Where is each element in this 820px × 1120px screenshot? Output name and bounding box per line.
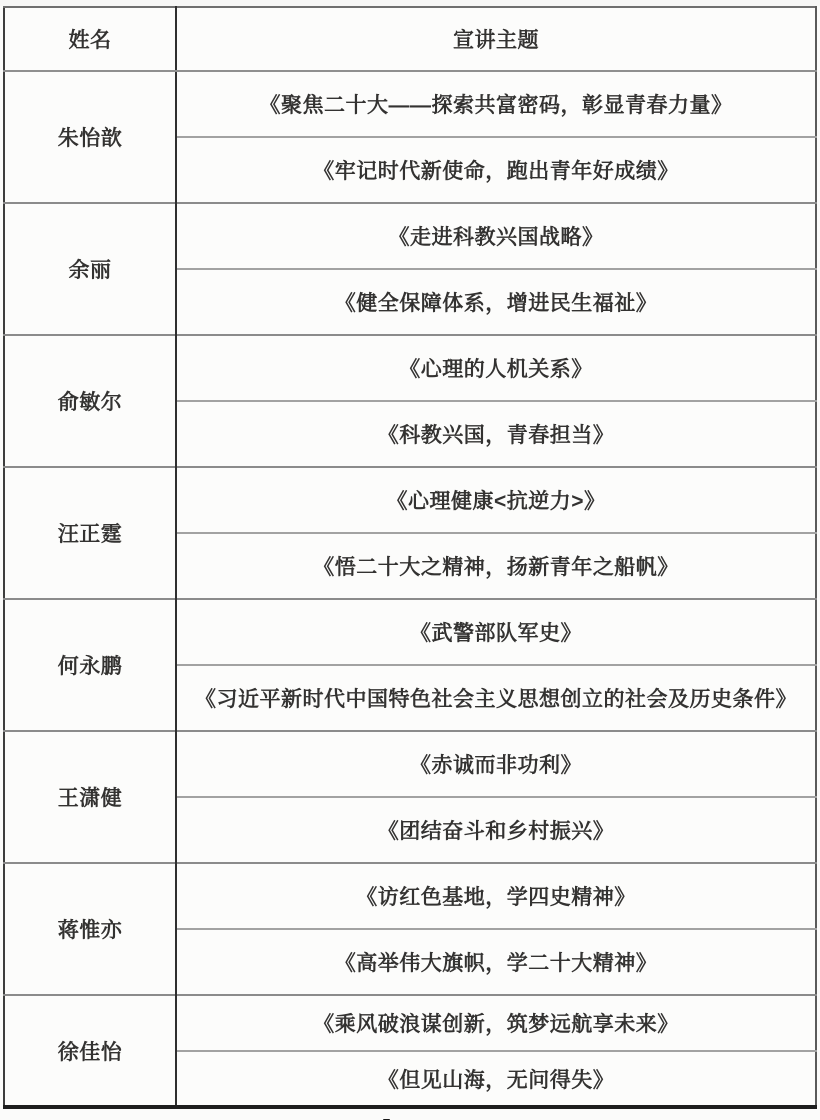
name-column-header: 姓名 <box>4 7 176 71</box>
topic-cell: 《心理健康<抗逆力>》 <box>176 467 816 533</box>
topic-column-header: 宣讲主题 <box>176 7 816 71</box>
topic-cell: 《访红色基地，学四史精神》 <box>176 863 816 929</box>
topic-cell: 《牢记时代新使命，跑出青年好成绩》 <box>176 137 816 203</box>
topic-cell: 《聚焦二十大——探索共富密码，彰显青春力量》 <box>176 71 816 137</box>
topic-cell: 《赤诚而非功利》 <box>176 731 816 797</box>
presenter-name-cell: 王潇健 <box>4 731 176 863</box>
table-row: 朱怡歆《聚焦二十大——探索共富密码，彰显青春力量》 <box>4 71 816 137</box>
topic-cell: 《习近平新时代中国特色社会主义思想创立的社会及历史条件》 <box>176 665 816 731</box>
table-row: 汪正霆《心理健康<抗逆力>》 <box>4 467 816 533</box>
table-row: 俞敏尔《心理的人机关系》 <box>4 335 816 401</box>
table-row: 王潇健《赤诚而非功利》 <box>4 731 816 797</box>
table-row: 徐佳怡《乘风破浪谋创新，筑梦远航享未来》 <box>4 995 816 1051</box>
table-header-row: 姓名 宣讲主题 <box>4 7 816 71</box>
presentation-roster-table: 姓名 宣讲主题 朱怡歆《聚焦二十大——探索共富密码，彰显青春力量》《牢记时代新使… <box>3 6 817 1109</box>
topic-cell: 《高举伟大旗帜，学二十大精神》 <box>176 929 816 995</box>
table-row: 何永鹏《武警部队军史》 <box>4 599 816 665</box>
table-body: 朱怡歆《聚焦二十大——探索共富密码，彰显青春力量》《牢记时代新使命，跑出青年好成… <box>4 71 816 1107</box>
presenter-name-cell: 徐佳怡 <box>4 995 176 1107</box>
topic-cell: 《心理的人机关系》 <box>176 335 816 401</box>
topic-cell: 《武警部队军史》 <box>176 599 816 665</box>
page: 姓名 宣讲主题 朱怡歆《聚焦二十大——探索共富密码，彰显青春力量》《牢记时代新使… <box>0 6 820 1120</box>
topic-cell: 《健全保障体系，增进民生福祉》 <box>176 269 816 335</box>
table-row: 余丽《走进科教兴国战略》 <box>4 203 816 269</box>
topic-cell: 《乘风破浪谋创新，筑梦远航享未来》 <box>176 995 816 1051</box>
presenter-name-cell: 俞敏尔 <box>4 335 176 467</box>
presenter-name-cell: 蒋惟亦 <box>4 863 176 995</box>
table-row: 蒋惟亦《访红色基地，学四史精神》 <box>4 863 816 929</box>
presenter-name-cell: 汪正霆 <box>4 467 176 599</box>
presenter-name-cell: 何永鹏 <box>4 599 176 731</box>
topic-cell: 《但见山海，无问得失》 <box>176 1051 816 1107</box>
topic-cell: 《团结奋斗和乡村振兴》 <box>176 797 816 863</box>
topic-cell: 《走进科教兴国战略》 <box>176 203 816 269</box>
presenter-name-cell: 朱怡歆 <box>4 71 176 203</box>
topic-cell: 《悟二十大之精神，扬新青年之船帆》 <box>176 533 816 599</box>
presenter-name-cell: 余丽 <box>4 203 176 335</box>
topic-cell: 《科教兴国，青春担当》 <box>176 401 816 467</box>
